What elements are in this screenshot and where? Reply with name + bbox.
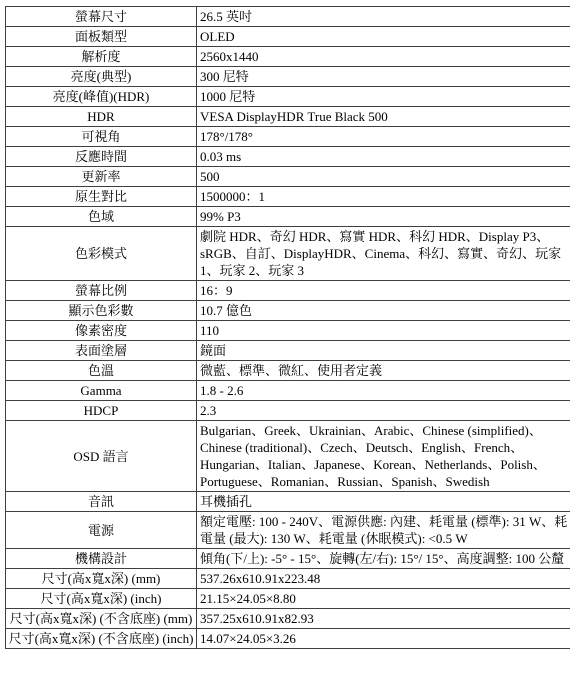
spec-label: 表面塗層 bbox=[6, 341, 197, 361]
table-row: 尺寸(高x寬x深) (不含底座) (mm)357.25x610.91x82.93 bbox=[6, 609, 570, 629]
spec-label: 更新率 bbox=[6, 167, 197, 187]
spec-label: 尺寸(高x寬x深) (不含底座) (inch) bbox=[6, 629, 197, 649]
spec-label: 尺寸(高x寬x深) (mm) bbox=[6, 569, 197, 589]
spec-value: 1.8 - 2.6 bbox=[197, 381, 570, 401]
monitor-spec-table: 螢幕尺寸26.5 英吋面板類型OLED解析度2560x1440亮度(典型)300… bbox=[5, 6, 570, 649]
table-row: 顯示色彩數10.7 億色 bbox=[6, 301, 570, 321]
table-row: 尺寸(高x寬x深) (inch)21.15×24.05×8.80 bbox=[6, 589, 570, 609]
spec-value: 傾角(下/上): -5° - 15°、旋轉(左/右): 15°/ 15°、高度調… bbox=[197, 549, 570, 569]
spec-value: VESA DisplayHDR True Black 500 bbox=[197, 107, 570, 127]
table-row: 機構設計傾角(下/上): -5° - 15°、旋轉(左/右): 15°/ 15°… bbox=[6, 549, 570, 569]
spec-label: 解析度 bbox=[6, 47, 197, 67]
table-row: 原生對比1500000：1 bbox=[6, 187, 570, 207]
spec-label: 音訊 bbox=[6, 492, 197, 512]
table-row: 螢幕尺寸26.5 英吋 bbox=[6, 7, 570, 27]
spec-label: Gamma bbox=[6, 381, 197, 401]
spec-value: 2560x1440 bbox=[197, 47, 570, 67]
table-row: 尺寸(高x寬x深) (不含底座) (inch)14.07×24.05×3.26 bbox=[6, 629, 570, 649]
spec-label: OSD 語言 bbox=[6, 421, 197, 492]
spec-label: 機構設計 bbox=[6, 549, 197, 569]
spec-label: 反應時間 bbox=[6, 147, 197, 167]
spec-label: 亮度(峰值)(HDR) bbox=[6, 87, 197, 107]
spec-value: Bulgarian、Greek、Ukrainian、Arabic、Chinese… bbox=[197, 421, 570, 492]
table-row: 螢幕比例16：9 bbox=[6, 281, 570, 301]
table-row: Gamma1.8 - 2.6 bbox=[6, 381, 570, 401]
spec-label: 亮度(典型) bbox=[6, 67, 197, 87]
spec-value: 300 尼特 bbox=[197, 67, 570, 87]
spec-label: 尺寸(高x寬x深) (不含底座) (mm) bbox=[6, 609, 197, 629]
table-row: 解析度2560x1440 bbox=[6, 47, 570, 67]
table-row: 表面塗層鏡面 bbox=[6, 341, 570, 361]
spec-label: 原生對比 bbox=[6, 187, 197, 207]
spec-value: 357.25x610.91x82.93 bbox=[197, 609, 570, 629]
spec-value: 耳機插孔 bbox=[197, 492, 570, 512]
spec-label: 螢幕尺寸 bbox=[6, 7, 197, 27]
table-row: 電源額定電壓: 100 - 240V、電源供應: 內建、耗電量 (標準): 31… bbox=[6, 512, 570, 549]
spec-label: 顯示色彩數 bbox=[6, 301, 197, 321]
spec-value: OLED bbox=[197, 27, 570, 47]
spec-value: 微藍、標準、微紅、使用者定義 bbox=[197, 361, 570, 381]
spec-value: 10.7 億色 bbox=[197, 301, 570, 321]
table-row: 面板類型OLED bbox=[6, 27, 570, 47]
spec-label: 電源 bbox=[6, 512, 197, 549]
spec-value: 鏡面 bbox=[197, 341, 570, 361]
spec-value: 1500000：1 bbox=[197, 187, 570, 207]
spec-label: 色彩模式 bbox=[6, 227, 197, 281]
spec-label: 像素密度 bbox=[6, 321, 197, 341]
spec-label: 尺寸(高x寬x深) (inch) bbox=[6, 589, 197, 609]
table-row: 可視角178°/178° bbox=[6, 127, 570, 147]
spec-value: 110 bbox=[197, 321, 570, 341]
spec-value: 178°/178° bbox=[197, 127, 570, 147]
table-row: 像素密度110 bbox=[6, 321, 570, 341]
table-row: 色彩模式劇院 HDR、奇幻 HDR、寫實 HDR、科幻 HDR、Display … bbox=[6, 227, 570, 281]
spec-label: HDR bbox=[6, 107, 197, 127]
table-row: 反應時間0.03 ms bbox=[6, 147, 570, 167]
spec-label: 色域 bbox=[6, 207, 197, 227]
spec-table-body: 螢幕尺寸26.5 英吋面板類型OLED解析度2560x1440亮度(典型)300… bbox=[6, 7, 570, 649]
table-row: OSD 語言Bulgarian、Greek、Ukrainian、Arabic、C… bbox=[6, 421, 570, 492]
spec-value: 2.3 bbox=[197, 401, 570, 421]
table-row: 色域99% P3 bbox=[6, 207, 570, 227]
table-row: HDCP2.3 bbox=[6, 401, 570, 421]
table-row: 尺寸(高x寬x深) (mm)537.26x610.91x223.48 bbox=[6, 569, 570, 589]
table-row: HDRVESA DisplayHDR True Black 500 bbox=[6, 107, 570, 127]
spec-value: 26.5 英吋 bbox=[197, 7, 570, 27]
table-row: 音訊耳機插孔 bbox=[6, 492, 570, 512]
spec-value: 劇院 HDR、奇幻 HDR、寫實 HDR、科幻 HDR、Display P3、s… bbox=[197, 227, 570, 281]
spec-value: 額定電壓: 100 - 240V、電源供應: 內建、耗電量 (標準): 31 W… bbox=[197, 512, 570, 549]
spec-label: 螢幕比例 bbox=[6, 281, 197, 301]
spec-value: 16：9 bbox=[197, 281, 570, 301]
spec-value: 537.26x610.91x223.48 bbox=[197, 569, 570, 589]
spec-value: 0.03 ms bbox=[197, 147, 570, 167]
spec-value: 500 bbox=[197, 167, 570, 187]
table-row: 亮度(峰值)(HDR)1000 尼特 bbox=[6, 87, 570, 107]
spec-value: 1000 尼特 bbox=[197, 87, 570, 107]
spec-label: HDCP bbox=[6, 401, 197, 421]
spec-value: 99% P3 bbox=[197, 207, 570, 227]
table-row: 色溫微藍、標準、微紅、使用者定義 bbox=[6, 361, 570, 381]
spec-label: 可視角 bbox=[6, 127, 197, 147]
table-row: 更新率500 bbox=[6, 167, 570, 187]
spec-value: 21.15×24.05×8.80 bbox=[197, 589, 570, 609]
spec-value: 14.07×24.05×3.26 bbox=[197, 629, 570, 649]
spec-label: 色溫 bbox=[6, 361, 197, 381]
table-row: 亮度(典型)300 尼特 bbox=[6, 67, 570, 87]
spec-label: 面板類型 bbox=[6, 27, 197, 47]
